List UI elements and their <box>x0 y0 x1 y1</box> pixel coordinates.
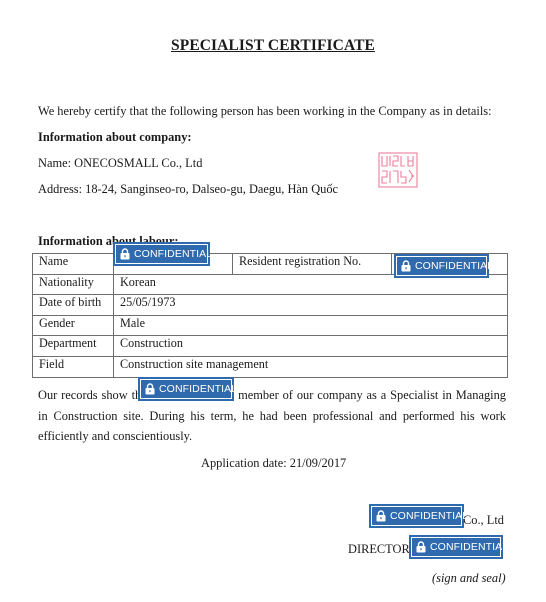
table-row: Gender Male <box>33 315 508 336</box>
confidential-redaction-company: CONFIDENTIAL <box>369 504 464 528</box>
lock-icon <box>376 510 386 522</box>
application-date: Application date: 21/09/2017 <box>201 456 346 471</box>
records-paragraph: Our records show thaa member of our comp… <box>38 385 506 447</box>
label-gender: Gender <box>33 315 114 336</box>
director-label: DIRECTOR <box>348 542 410 557</box>
value-department: Construction <box>114 336 508 357</box>
intro-text: We hereby certify that the following per… <box>38 104 492 119</box>
company-suffix: Co., Ltd <box>463 513 504 528</box>
certificate-title: SPECIALIST CERTIFICATE <box>0 37 546 55</box>
value-gender: Male <box>114 315 508 336</box>
label-nationality: Nationality <box>33 274 114 295</box>
confidential-redaction-registration: CONFIDENTIAL <box>394 254 489 278</box>
confidential-redaction-person: CONFIDENTIAL <box>138 377 234 401</box>
company-seal-stamp-icon <box>378 152 418 188</box>
label-date-of-birth: Date of birth <box>33 295 114 316</box>
lock-icon <box>120 248 130 260</box>
company-address: Address: 18-24, Sanginseo-ro, Dalseo-gu,… <box>38 182 338 197</box>
confidential-label: CONFIDENTIAL <box>415 260 493 272</box>
value-field: Construction site management <box>114 356 508 377</box>
confidential-label: CONFIDENTIAL <box>390 510 468 522</box>
table-row: Field Construction site management <box>33 356 508 377</box>
label-department: Department <box>33 336 114 357</box>
confidential-redaction-director: CONFIDENTIAL <box>409 535 503 559</box>
lock-icon <box>401 260 411 272</box>
table-row: Date of birth 25/05/1973 <box>33 295 508 316</box>
label-name: Name <box>33 254 114 275</box>
lock-icon <box>416 541 426 553</box>
paragraph-start: Our records show tha <box>38 388 147 402</box>
value-date-of-birth: 25/05/1973 <box>114 295 508 316</box>
confidential-label: CONFIDENTIAL <box>430 541 508 553</box>
company-name: Name: ONECOSMALL Co., Ltd <box>38 156 202 171</box>
table-row: Department Construction <box>33 336 508 357</box>
confidential-redaction-name: CONFIDENTIAL <box>113 242 210 266</box>
sign-and-seal-note: (sign and seal) <box>432 571 506 586</box>
company-heading: Information about company: <box>38 130 192 145</box>
label-resident-registration: Resident registration No. <box>233 254 392 275</box>
label-field: Field <box>33 356 114 377</box>
confidential-label: CONFIDENTIAL <box>159 383 237 395</box>
lock-icon <box>145 383 155 395</box>
confidential-label: CONFIDENTIAL <box>134 248 212 260</box>
